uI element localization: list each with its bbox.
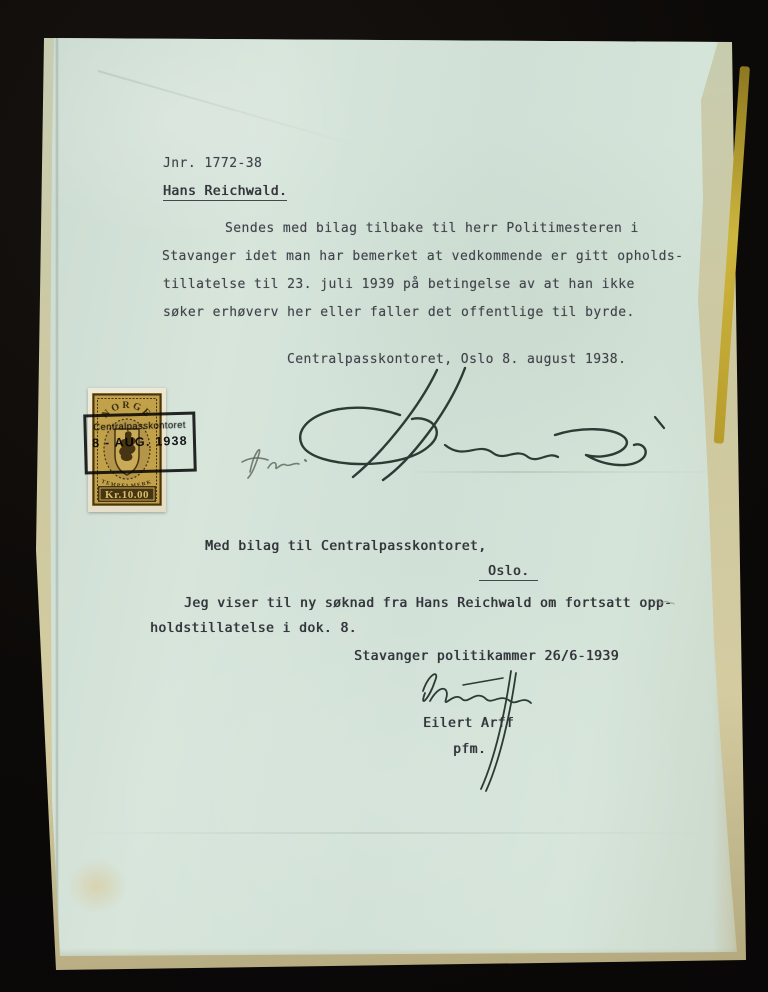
- forward-line1: Med bilag til Centralpasskontoret,: [205, 539, 486, 554]
- dateline-stavanger: Stavanger politikammer 26/6-1939: [354, 649, 619, 664]
- crease: [98, 70, 368, 149]
- stamp-value-text: Kr.10.00: [105, 489, 149, 501]
- paragraph2-line1: Jeg viser til ny søknad fra Hans Reichwa…: [184, 596, 672, 611]
- paragraph1-line1: Sendes med bilag tilbake til herr Politi…: [225, 221, 639, 236]
- handwritten-note-frem: [238, 438, 318, 483]
- fold-crease: [55, 26, 59, 962]
- document-page: Jnr. 1772-38 Hans Reichwald. Sendes med …: [38, 26, 744, 962]
- forward-line2: Oslo.: [479, 564, 538, 579]
- cancellation-date: 8 - AUG. 1938: [87, 434, 193, 451]
- subject-name: Hans Reichwald.: [163, 184, 287, 199]
- paragraph1-line3: tillatelse til 23. juli 1939 på betingel…: [163, 277, 635, 292]
- cancellation-office: Centralpasskontoret: [86, 420, 192, 434]
- photograph-background: Jnr. 1772-38 Hans Reichwald. Sendes med …: [0, 0, 768, 992]
- paragraph1-line4: søker erhøverv her eller faller det offe…: [163, 305, 635, 320]
- worn-edge: [66, 858, 128, 914]
- pencil-margin-mark: [652, 593, 676, 613]
- crease: [66, 832, 701, 834]
- paragraph2-line2: holdstillatelse i dok. 8.: [150, 621, 357, 636]
- signer-title: pfm.: [453, 742, 486, 757]
- signer-name-typed: Eilert Arff: [423, 716, 514, 731]
- cancellation-stamp: Centralpasskontoret 8 - AUG. 1938: [83, 412, 197, 475]
- paragraph1-line2: Stavanger idet man har bemerket at vedko…: [162, 249, 683, 264]
- journal-number: Jnr. 1772-38: [163, 156, 262, 171]
